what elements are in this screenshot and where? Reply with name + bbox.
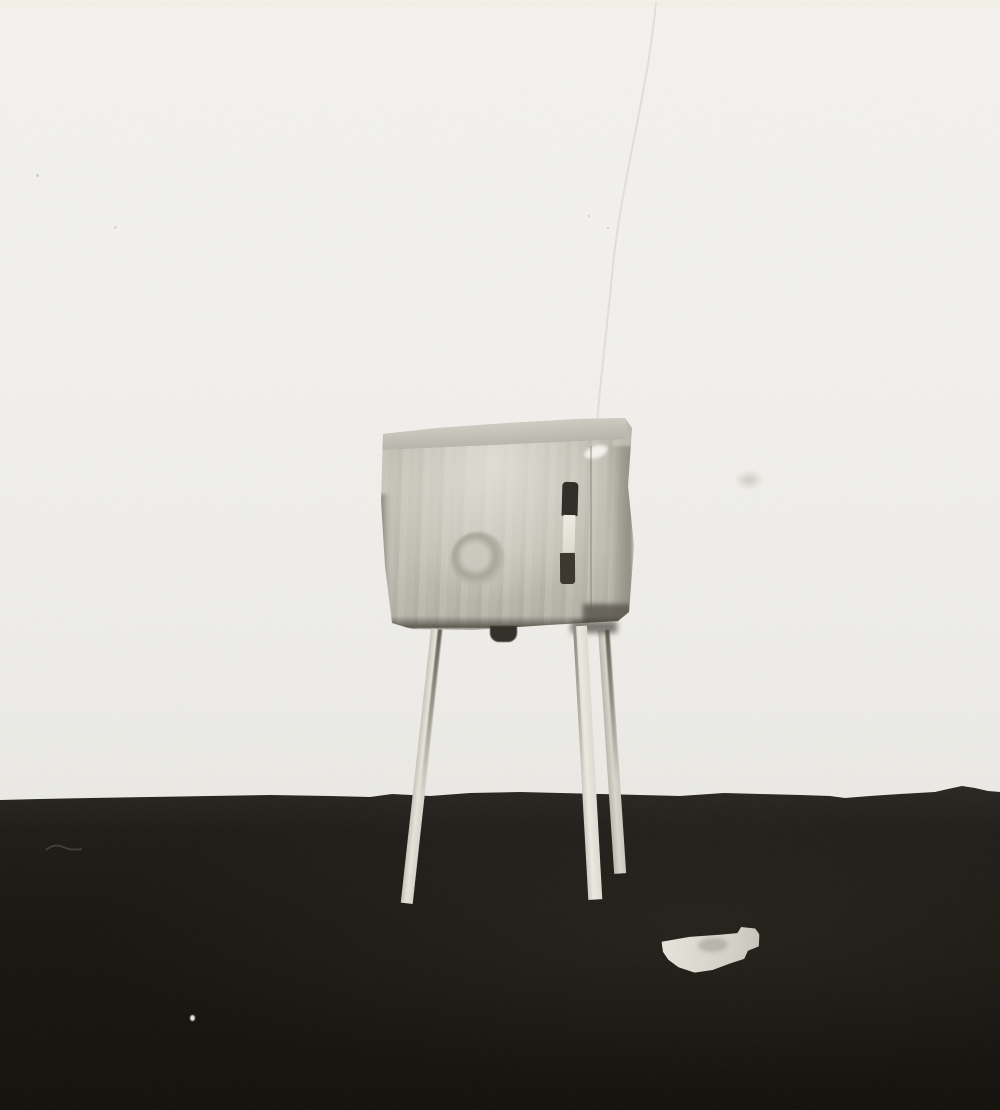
- box-left-edge-shadow: [380, 494, 389, 628]
- wall-speck: [607, 227, 609, 229]
- floor-speck: [190, 1015, 195, 1021]
- box-underside-knob: [490, 626, 517, 642]
- slot-paper-strip: [562, 515, 575, 554]
- box-highlight: [583, 443, 610, 462]
- wall-smudge: [734, 470, 764, 490]
- wall-speck: [588, 215, 590, 217]
- paper-smudge: [697, 937, 727, 952]
- coin-slot: [559, 482, 580, 586]
- box-wood-seam: [590, 446, 592, 614]
- box-right-edge-shadow: [608, 446, 632, 624]
- wall-speck: [36, 174, 39, 177]
- photograph: [0, 0, 1000, 1110]
- box-top-face: [380, 415, 627, 450]
- slot-opening-bottom: [560, 553, 575, 584]
- hairline-scratch: [0, 0, 1000, 440]
- leg-shadow-edge: [573, 626, 584, 777]
- box-body: [378, 416, 636, 634]
- wall-speck: [114, 226, 117, 229]
- floor: [0, 784, 1000, 1110]
- ballot-box: [378, 416, 636, 678]
- wood-knot: [451, 532, 505, 586]
- slot-opening-top: [562, 482, 579, 516]
